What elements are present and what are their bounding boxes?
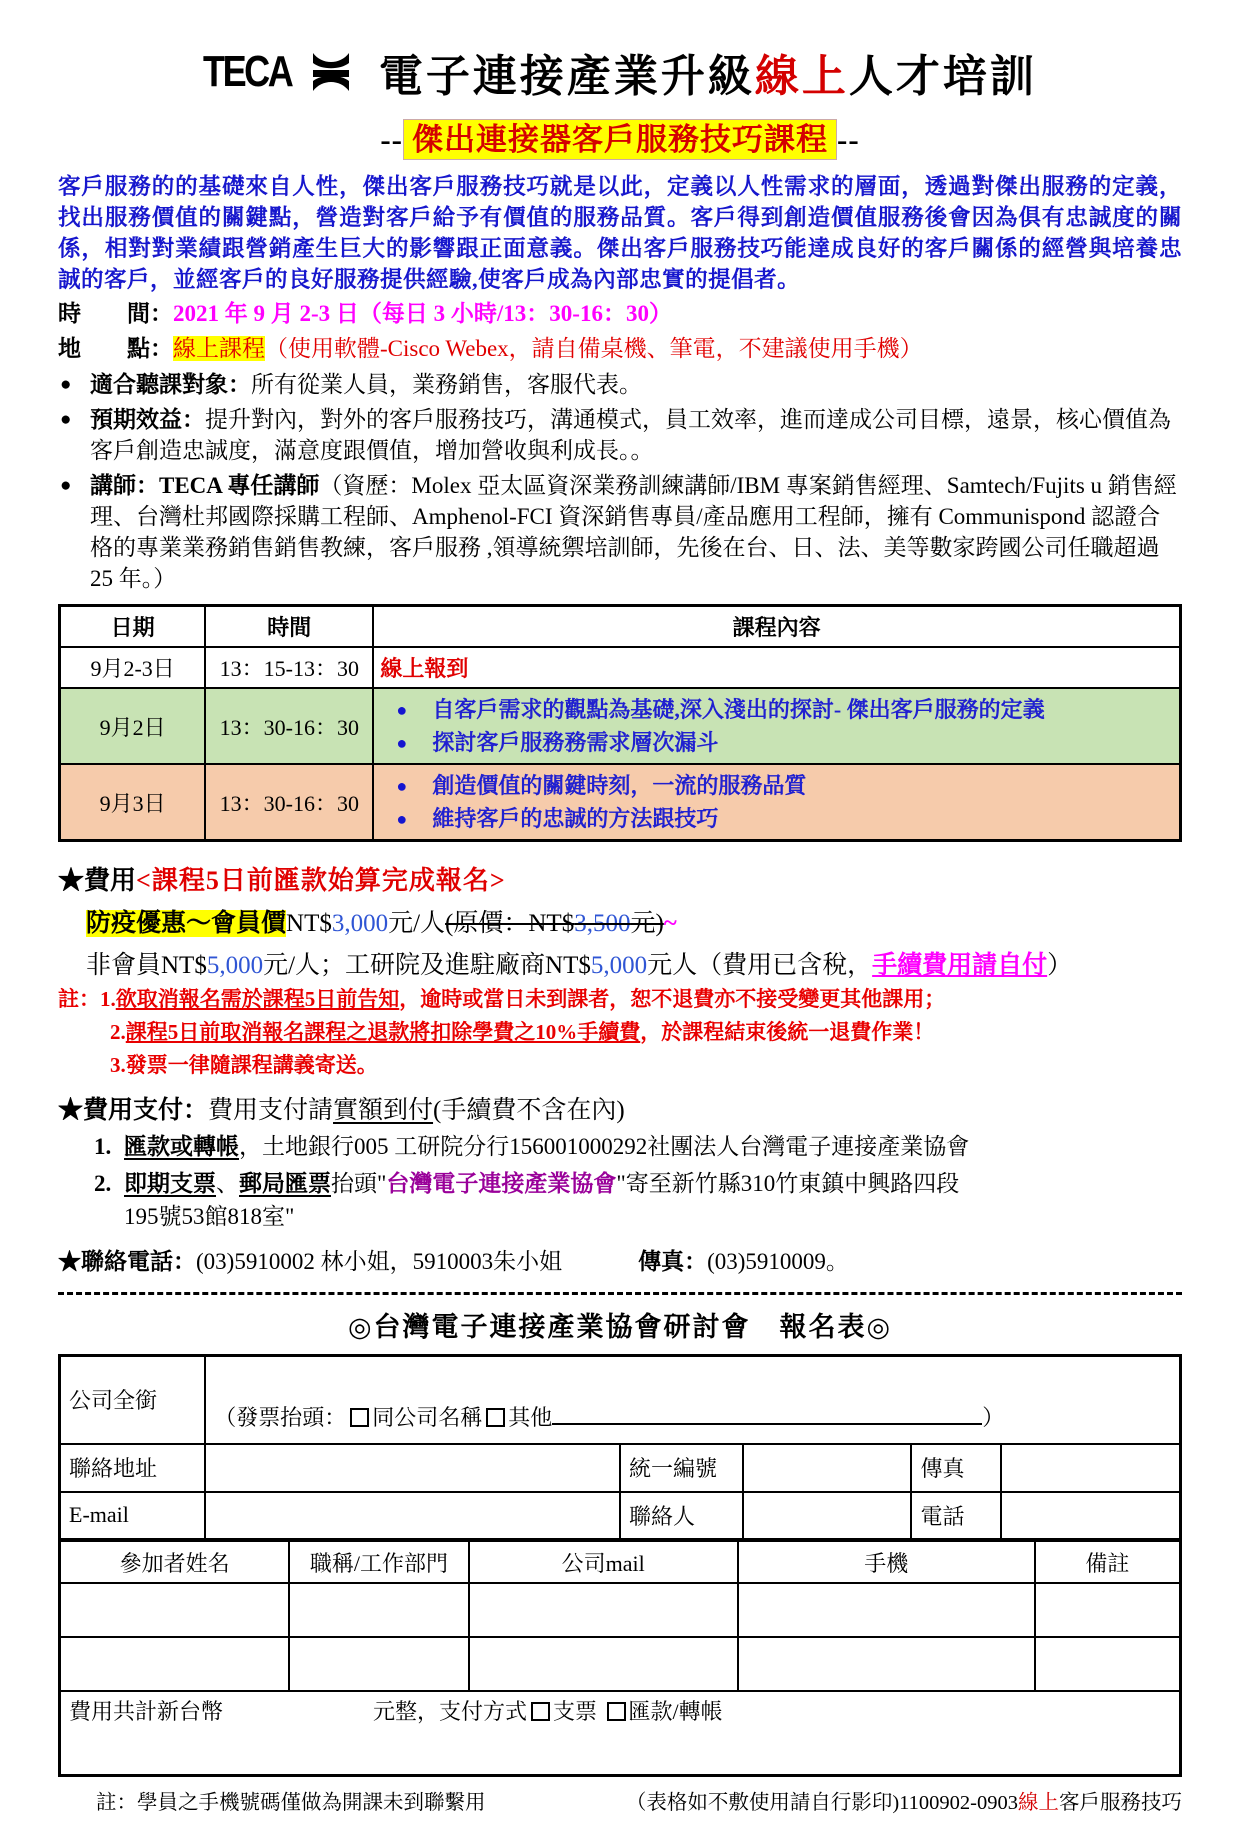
total-fee-cell: 費用共計新台幣元整，支付方式支票 匯款/轉帳 [60,1691,1181,1775]
time-line: 時 間：2021 年 9 月 2-3 日（每日 3 小時/13：30-16：30… [58,297,1182,330]
payment2-method-2: 郵局匯票 [239,1171,331,1196]
schedule-row-day2: 9月3日 13：30-16：30 創造價值的關鍵時刻，一流的服務品質 維持客戶的… [60,764,1181,841]
total-fee-row: 費用共計新台幣元整，支付方式支票 匯款/轉帳 [60,1691,1181,1775]
email-row: E-mail 聯絡人 電話 [60,1492,1181,1540]
email-label: E-mail [60,1492,206,1540]
pay-transfer-label: 匯款/轉帳 [629,1699,723,1724]
fee-nonmember-suf: 元人（費用已含稅， [647,952,872,979]
total-fee-mid: 元整，支付方式 [373,1699,527,1724]
payment2-org-name: 台灣電子連接產業協會 [386,1171,616,1196]
place-note: （使用軟體-Cisco Webex，請自備桌機、筆電，不建議使用手機） [265,336,923,361]
bullet-lecturer: 講師：TECA 專任講師（資歷：Molex 亞太區資深業務訓練講師/IBM 專案… [58,470,1182,594]
payment1-number: 1. [94,1130,111,1163]
registration-form-title: ◎台灣電子連接產業協會研討會 報名表◎ [58,1305,1182,1344]
note1-prefix: 註：1. [58,987,116,1011]
invoice-close: ） [982,1405,1004,1430]
col-mobile: 手機 [738,1541,1035,1583]
pay-transfer-checkbox [607,1702,626,1721]
contact-person-input-cell [743,1492,911,1540]
fee-note-3: 3.發票一律隨課程講義寄送。 [110,1050,1182,1080]
fee-member-pre: NT$ [286,910,332,937]
payment2-mid: 抬頭" [331,1171,386,1196]
invoice-other-blank [552,1405,982,1425]
fee-title-black: ★費用 [58,866,136,895]
connector-mark-icon [309,50,353,94]
p1-mobile-cell [738,1583,1035,1637]
tax-id-label: 統一編號 [620,1444,743,1492]
fee-member-line: 防疫優惠～會員價NT$3,000元/人(原價：NT$3,500元)~ [86,903,1182,939]
page-title: 電子連接產業升級線上人才培訓 [379,40,1037,104]
company-name-label: 公司全銜 [60,1356,206,1444]
participants-table: 參加者姓名 職稱/工作部門 公司mail 手機 備註 [58,1540,1182,1777]
invoice-same-checkbox [350,1408,369,1427]
header: TECA 電子連接產業升級線上人才培訓 [58,40,1182,104]
fax-value: (03)5910009。 [707,1249,849,1274]
p2-remark-cell [1035,1637,1181,1691]
p2-mail-cell [469,1637,738,1691]
day2-date: 9月3日 [60,764,206,841]
col-participant-name: 參加者姓名 [60,1541,290,1583]
fee-orig-price: 3,500 [574,910,630,937]
benefit-text: 提升對內，對外的客戶服務技巧，溝通模式，員工效率，進而達成公司目標，遠景，核心價… [90,407,1171,463]
invoice-prefix: （發票抬頭： [214,1405,346,1430]
invoice-other-checkbox [486,1408,505,1427]
payment2-address-line2: 195號53館818室" [124,1200,1182,1233]
bullet-benefit: 預期效益：提升對內，對外的客戶服務技巧，溝通模式，員工效率，進而達成公司目標，遠… [58,404,1182,466]
registration-form-table: 公司全銜 （發票抬頭：同公司名稱其他） 聯絡地址 統一編號 傳真 E-mail … [58,1354,1182,1541]
payment2-method-1: 即期支票 [124,1171,216,1196]
payment2-number: 2. [94,1167,111,1200]
fee-member-highlight: 防疫優惠～會員價 [86,910,286,937]
title-suffix: 人才培訓 [849,52,1037,101]
p2-title-cell [289,1637,468,1691]
bullet-audience: 適合聽課對象：所有從業人員，業務銷售，客服代表。 [58,369,1182,400]
day1-date: 9月2日 [60,688,206,764]
p1-title-cell [289,1583,468,1637]
audience-label: 適合聽課對象： [90,372,251,397]
phone-input-cell [1001,1492,1180,1540]
fee-orig-pre: (原價：NT$ [445,910,574,937]
title-online-red: 線上 [755,52,849,101]
participants-header-row: 參加者姓名 職稱/工作部門 公司mail 手機 備註 [60,1541,1181,1583]
fee-orig-suf: 元) [630,910,663,937]
place-line: 地 點：線上課程（使用軟體-Cisco Webex，請自備桌機、筆電，不建議使用… [58,332,1182,365]
col-company-mail: 公司mail [469,1541,738,1583]
col-date: 日期 [60,606,206,648]
total-fee-label: 費用共計新台幣 [69,1699,223,1724]
col-content: 課程內容 [373,606,1180,648]
benefit-label: 預期效益： [90,407,205,432]
invoice-title-line: （發票抬頭：同公司名稱其他） [214,1401,1171,1432]
time-value: 2021 年 9 月 2-3 日（每日 3 小時/13：30-16：30） [173,301,672,326]
day1-item-1: 自客戶需求的觀點為基礎,深入淺出的探討- 傑出客戶服務的定義 [380,693,1173,726]
fee-close-paren: ） [1047,952,1072,979]
fee-member-price: 3,000 [332,910,388,937]
participant-row-1 [60,1583,1181,1637]
checkin-time: 13：15-13：30 [205,647,373,688]
p2-mobile-cell [738,1637,1035,1691]
checkin-content: 線上報到 [373,647,1180,688]
schedule-table: 日期 時間 課程內容 9月2-3日 13：15-13：30 線上報到 9月2日 … [58,604,1182,842]
fax-label: 傳真： [638,1249,707,1274]
audience-text: 所有從業人員，業務銷售，客服代表。 [251,372,642,397]
p1-remark-cell [1035,1583,1181,1637]
tax-id-input-cell [743,1444,911,1492]
document-page: TECA 電子連接產業升級線上人才培訓 --傑出連接器客戶服務技巧課程-- 客戶… [0,0,1240,1833]
address-row: 聯絡地址 統一編號 傳真 [60,1444,1181,1492]
subtitle-dash-left: -- [380,122,403,157]
place-value: 線上課程 [173,336,265,361]
day1-time: 13：30-16：30 [205,688,373,764]
intro-paragraph: 客戶服務的的基礎來自人性，傑出客戶服務技巧就是以此，定義以人性需求的層面，透過對… [58,171,1182,295]
footer-copy: （表格如不敷使用請自行影印)1100902-0903 [626,1792,1018,1814]
fee-nonmember-price: 5,000 [207,952,263,979]
invoice-option-same: 同公司名稱 [372,1405,482,1430]
footer-note: 註：學員之手機號碼僅做為開課未到聯繫用 （表格如不敷使用請自行影印)110090… [58,1785,1182,1815]
invoice-option-other: 其他 [508,1405,552,1430]
course-subtitle: --傑出連接器客戶服務技巧課程-- [58,114,1182,159]
payment-item-2: 2.即期支票、郵局匯票抬頭"台灣電子連接產業協會"寄至新竹縣310竹東鎮中興路四… [94,1167,1182,1233]
fee-nonmember-line: 非會員NT$5,000元/人；工研院及進駐廠商NT$5,000元人（費用已含稅，… [86,945,1182,981]
payment2-address: "寄至新竹縣310竹東鎮中興路四段 [616,1171,959,1196]
payment-title-suffix: (手續費不含在內) [433,1097,625,1124]
fee-nonmember-mid: 元/人；工研院及進駐廠商NT$ [263,952,591,979]
company-name-cell: （發票抬頭：同公司名稱其他） [205,1356,1180,1444]
dashed-separator [58,1292,1182,1295]
subtitle-dash-right: -- [837,122,860,157]
pay-check-checkbox [531,1702,550,1721]
subtitle-highlight: 傑出連接器客戶服務技巧課程 [403,119,837,160]
footer-right: （表格如不敷使用請自行影印)1100902-0903線上客戶服務技巧 [626,1785,1182,1815]
schedule-header-row: 日期 時間 課程內容 [60,606,1181,648]
address-label: 聯絡地址 [60,1444,206,1492]
day1-content: 自客戶需求的觀點為基礎,深入淺出的探討- 傑出客戶服務的定義 探討客戶服務務需求… [373,688,1180,764]
day2-item-1: 創造價值的關鍵時刻，一流的服務品質 [380,769,1173,802]
note1-underline: 欲取消報名需於課程5日前告知 [116,987,400,1011]
fee-original-price: (原價：NT$3,500元) [445,910,664,937]
schedule-row-checkin: 9月2-3日 13：15-13：30 線上報到 [60,647,1181,688]
contact-label: ★聯絡電話： [58,1249,196,1274]
payment-title-underline: 實額到付 [333,1097,433,1124]
day2-time: 13：30-16：30 [205,764,373,841]
schedule-row-day1: 9月2日 13：30-16：30 自客戶需求的觀點為基礎,深入淺出的探討- 傑出… [60,688,1181,764]
col-job-title: 職稱/工作部門 [289,1541,468,1583]
fee-title-red: <課程5日前匯款始算完成報名> [136,866,506,895]
fee-nonmember-pre: 非會員NT$ [86,952,207,979]
fee-note-1: 註：1.欲取消報名需於課程5日前告知，逾時或當日未到課者，恕不退費亦不接受變更其… [58,984,1182,1014]
footer-suffix: 客戶服務技巧 [1059,1792,1182,1814]
note2-rest: ，於課程結束後統一退費作業！ [640,1020,934,1044]
lecturer-label: 講師：TECA 專任講師 [90,473,319,498]
address-input-cell [205,1444,620,1492]
col-remark: 備註 [1035,1541,1181,1583]
participant-row-2 [60,1637,1181,1691]
day2-item-2: 維持客戶的忠誠的方法跟技巧 [380,802,1173,835]
contact-value: (03)5910002 林小姐，5910003朱小姐 [196,1249,562,1274]
payment-item-1: 1.匯款或轉帳，土地銀行005 工研院分行156001000292社團法人台灣電… [94,1130,1182,1163]
title-prefix: 電子連接產業升級 [379,52,755,101]
company-row: 公司全銜 （發票抬頭：同公司名稱其他） [60,1356,1181,1444]
note2-prefix: 2. [110,1020,126,1044]
payment-title-mid: 費用支付請 [208,1097,333,1124]
fax-input-cell [1001,1444,1180,1492]
p1-name-cell [60,1583,290,1637]
fee-self-pay: 手續費用請自付 [872,952,1047,979]
payment1-method: 匯款或轉帳 [124,1134,239,1159]
fee-title: ★費用<課程5日前匯款始算完成報名> [58,860,1182,897]
p1-mail-cell [469,1583,738,1637]
day2-content: 創造價值的關鍵時刻，一流的服務品質 維持客戶的忠誠的方法跟技巧 [373,764,1180,841]
payment-title: ★費用支付：費用支付請實額到付(手續費不含在內) [58,1090,1182,1126]
place-label: 地 點： [58,336,173,361]
phone-label: 電話 [911,1492,1001,1540]
note2-underline: 課程5日前取消報名課程之退款將扣除學費之10%手續費 [126,1020,641,1044]
checkin-date: 9月2-3日 [60,647,206,688]
time-label: 時 間： [58,301,173,326]
fee-member-unit: 元/人 [388,910,445,937]
payment2-separator: 、 [216,1171,239,1196]
contact-person-label: 聯絡人 [620,1492,743,1540]
fee-tilde: ~ [664,910,677,937]
teca-logo-text: TECA [203,47,291,97]
payment-title-star: ★費用支付： [58,1097,208,1124]
day1-item-2: 探討客戶服務務需求層次漏斗 [380,726,1173,759]
note1-rest: ，逾時或當日未到課者，恕不退費亦不接受變更其他課用； [399,987,945,1011]
email-input-cell [205,1492,620,1540]
teca-logo: TECA [203,47,353,97]
fee-note-2: 2.課程5日前取消報名課程之退款將扣除學費之10%手續費，於課程結束後統一退費作… [110,1017,1182,1047]
footer-online-red: 線上 [1018,1792,1059,1814]
footer-left: 註：學員之手機號碼僅做為開課未到聯繫用 [96,1785,486,1815]
pay-check-label: 支票 [553,1699,597,1724]
form-fax-label: 傳真 [911,1444,1001,1492]
fee-itri-price: 5,000 [591,952,647,979]
col-time: 時間 [205,606,373,648]
payment1-detail: ，土地銀行005 工研院分行156001000292社團法人台灣電子連接產業協會 [239,1134,969,1159]
p2-name-cell [60,1637,290,1691]
contact-line: ★聯絡電話：(03)5910002 林小姐，5910003朱小姐傳真：(03)5… [58,1243,1182,1276]
